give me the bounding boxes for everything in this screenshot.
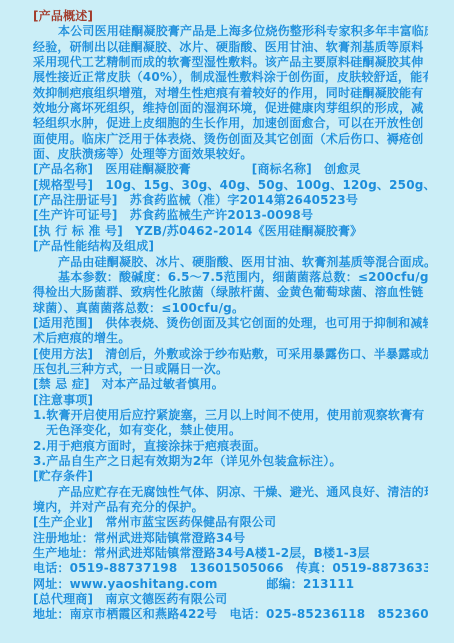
- document-line: 效地分离坏死组织，维持创面的湿润环境，促进健康肉芽组织的形成，减: [33, 101, 428, 116]
- document-line: [生产企业] 常州市蓝宝医药保健品有限公司: [33, 515, 428, 530]
- document-line: [禁 忌 症] 对本产品过敏者慎用。: [33, 377, 428, 392]
- document-line: [总代理商] 南京文德医药有限公司: [33, 592, 428, 607]
- document-line: 经验，研制出以硅酮凝胶、冰片、硬脂酸、医用甘油、软膏剂基质等原料: [33, 40, 428, 55]
- document-line: 产品应贮存在无腐蚀性气体、阴凉、干燥、避光、通风良好、清洁的环: [33, 485, 428, 500]
- section-heading: [产品概述]: [33, 9, 428, 24]
- document-line: 电话：0519-88737198 13601505066 传真：0519-887…: [33, 561, 428, 576]
- document-line: [产品注册证号] 苏食药监械（准）字2014第2640523号: [33, 193, 428, 208]
- document-line: 地址：南京市栖霞区和燕路422号 电话：025-85236118 8523606…: [33, 607, 428, 622]
- document-line: 压包扎三种方式，一日或隔日一次。: [33, 362, 428, 377]
- document-line: 本公司医用硅酮凝胶膏产品是上海多位烧伤整形科专家积多年丰富临床: [33, 24, 428, 39]
- document-line: 面使用。临床广泛用于体表烧、烫伤创面及其它创面（术后伤口、褥疮创: [33, 132, 428, 147]
- document-line: [规格型号] 10g、15g、30g、40g、50g、100g、120g、250…: [33, 178, 428, 193]
- document-line: [注意事项]: [33, 393, 428, 408]
- document-line: 境内，并对产品有充分的保护。: [33, 500, 428, 515]
- document-line: 术后疤痕的增生。: [33, 331, 428, 346]
- document-line: [执 行 标 准 号] YZB/苏0462-2014《医用硅酮凝胶膏》: [33, 224, 428, 239]
- document-line: [生产许可证号] 苏食药监械生产许2013-0098号: [33, 208, 428, 223]
- document-line: 产品由硅酮凝胶、冰片、硬脂酸、医用甘油、软膏剂基质等混合面成。: [33, 255, 428, 270]
- document-line: 基本参数：酸碱度：6.5～7.5范围内，细菌菌落总数：≤200cfu/g,不: [33, 270, 428, 285]
- document-line: [产品名称] 医用硅酮凝胶膏 [商标名称] 创愈灵: [33, 162, 428, 177]
- document-line: 得检出大肠菌群、致病性化脓菌（绿脓杆菌、金黄色葡萄球菌、溶血性链: [33, 285, 428, 300]
- document-line: 注册地址：常州武进郑陆镇常澄路34号: [33, 531, 428, 546]
- document-line: 面、皮肤溃疡等）处理等方面效果较好。: [33, 147, 428, 162]
- document-line: 网址：www.yaoshitang.com 邮编：213111: [33, 577, 428, 592]
- document-line: 采用现代工艺精制而成的软膏型湿性敷料。该产品主要原料硅酮凝胶其伸: [33, 55, 428, 70]
- document-line: [适用范围] 供体表烧、烫伤创面及其它创面的处理，也可用于抑制和减轻: [33, 316, 428, 331]
- product-leaflet: [产品概述]本公司医用硅酮凝胶膏产品是上海多位烧伤整形科专家积多年丰富临床经验，…: [0, 0, 454, 643]
- document-line: 2.用于疤痕方面时，直接涂抹于疤痕表面。: [33, 439, 428, 454]
- document-line: [产品性能结构及组成]: [33, 239, 428, 254]
- document-line: 1.软膏开启使用后应拧紧旋塞，三月以上时间不使用，使用前观察软膏有: [33, 408, 428, 423]
- document-line: 展性接近正常皮肤（40%），制成湿性敷料涂于创伤面，皮肤较舒适，能有: [33, 70, 428, 85]
- document-line: 生产地址：常州武进郑陆镇常澄路34号A楼1-2层，B楼1-3层: [33, 546, 428, 561]
- document-body: [产品概述]本公司医用硅酮凝胶膏产品是上海多位烧伤整形科专家积多年丰富临床经验，…: [33, 9, 428, 623]
- document-line: 效抑制疤痕组织增殖，对增生性疤痕有着较好的作用，同时硅酮凝胶能有: [33, 86, 428, 101]
- document-line: 球菌）、真菌菌落总数：≤100cfu/g。: [33, 301, 428, 316]
- document-line: 轻组织水肿，促进上皮细胞的生长作用，加速创面愈合，可以在开放性创: [33, 116, 428, 131]
- document-line: 无色泽变化，如有变化，禁止使用。: [33, 423, 428, 438]
- document-line: 3.产品自生产之日起有效期为2年（详见外包装盒标注）。: [33, 454, 428, 469]
- document-line: [贮存条件]: [33, 469, 428, 484]
- document-line: [使用方法] 清创后，外敷或涂于纱布贴敷，可采用暴露伤口、半暴露或加: [33, 347, 428, 362]
